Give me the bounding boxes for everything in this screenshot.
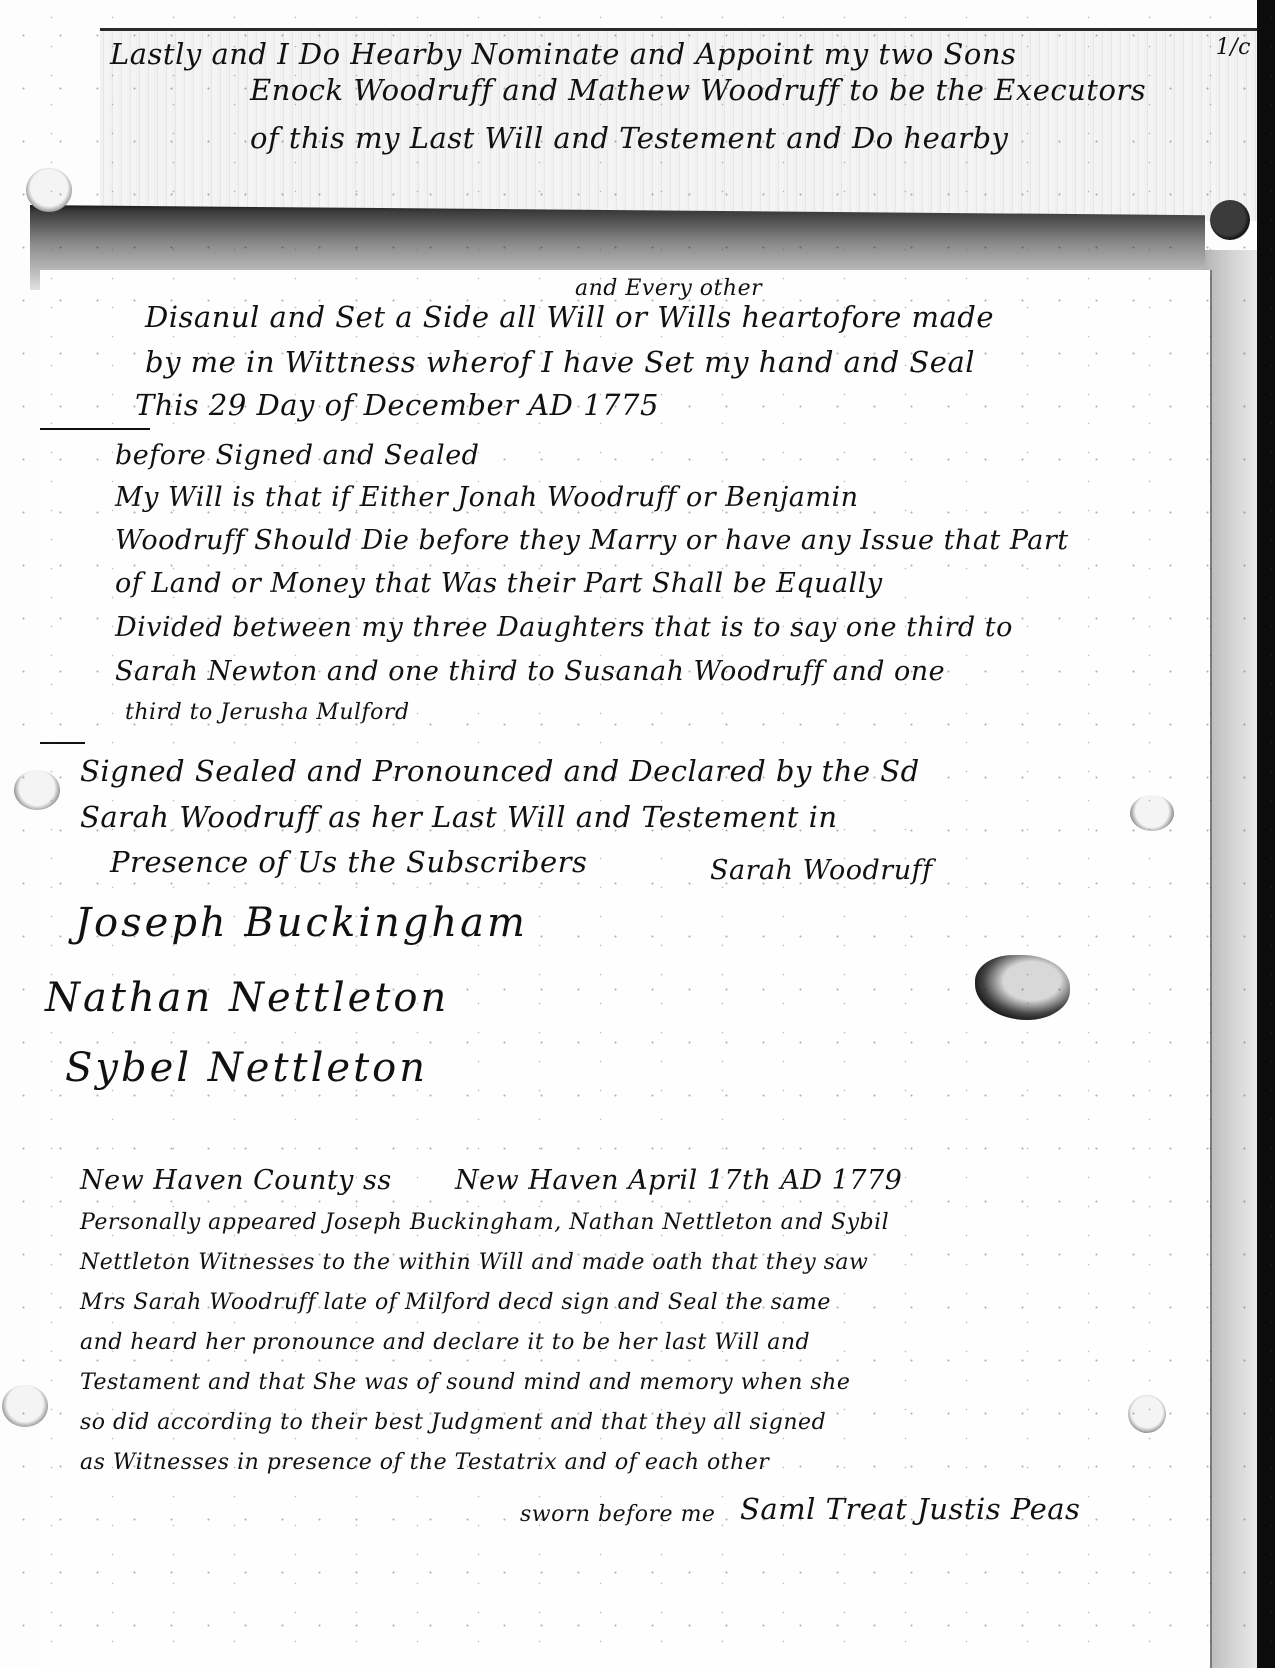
probate-county: New Haven County ss <box>80 1165 392 1196</box>
will-line-3: This 29 Day of December AD 1775 <box>135 388 659 422</box>
punch-hole-icon <box>1210 200 1250 240</box>
attestation-line-1: Signed Sealed and Pronounced and Declare… <box>80 754 920 788</box>
probate-line-3: Mrs Sarah Woodruff late of Milford decd … <box>80 1290 831 1315</box>
slip-line-2: Enock Woodruff and Mathew Woodruff to be… <box>250 73 1146 107</box>
justice-signature: Saml Treat Justis Peas <box>740 1492 1080 1526</box>
will-line-2: by me in Wittness wherof I have Set my h… <box>145 345 975 379</box>
divider-rule <box>40 428 150 430</box>
probate-line-7: as Witnesses in presence of the Testatri… <box>80 1450 769 1475</box>
probate-line-6: so did according to their best Judgment … <box>80 1410 826 1435</box>
witness-signature-3: Sybel Nettleton <box>65 1045 428 1091</box>
will-line-1: Disanul and Set a Side all Will or Wills… <box>145 300 994 334</box>
divider-rule <box>40 742 85 744</box>
probate-line-4: and heard her pronounce and declare it t… <box>80 1330 810 1355</box>
scanned-page: Lastly and I Do Hearby Nominate and Appo… <box>0 0 1275 1668</box>
attestation-line-3: Presence of Us the Subscribers <box>110 845 587 879</box>
codicil-line-2: Woodruff Should Die before they Marry or… <box>115 525 1069 556</box>
slip-line-1: Lastly and I Do Hearby Nominate and Appo… <box>110 37 1016 71</box>
page-marker: 1/c <box>1216 35 1251 60</box>
slip-line-3: of this my Last Will and Testement and D… <box>250 121 1008 155</box>
punch-hole-icon <box>1130 795 1174 831</box>
testator-signature: Sarah Woodruff <box>710 855 933 886</box>
punch-hole-icon <box>14 770 60 810</box>
sworn-before: sworn before me <box>520 1502 715 1527</box>
attestation-line-2: Sarah Woodruff as her Last Will and Test… <box>80 800 838 834</box>
punch-hole-icon <box>1128 1395 1166 1433</box>
codicil-line-4: Divided between my three Daughters that … <box>115 612 1013 643</box>
top-slip: Lastly and I Do Hearby Nominate and Appo… <box>100 28 1257 221</box>
probate-line-1: Personally appeared Joseph Buckingham, N… <box>80 1210 889 1235</box>
punch-hole-icon <box>2 1385 48 1427</box>
codicil-line-6: third to Jerusha Mulford <box>125 700 410 725</box>
witness-signature-2: Nathan Nettleton <box>45 975 449 1021</box>
codicil-line-3: of Land or Money that Was their Part Sha… <box>115 568 883 599</box>
codicil-line-1: My Will is that if Either Jonah Woodruff… <box>115 482 859 513</box>
punch-hole-icon <box>26 168 72 212</box>
codicil-line-5: Sarah Newton and one third to Susanah Wo… <box>115 656 945 687</box>
probate-line-5: Testament and that She was of sound mind… <box>80 1370 850 1395</box>
probate-place-date: New Haven April 17th AD 1779 <box>455 1165 902 1196</box>
codicil-heading: before Signed and Sealed <box>115 440 479 471</box>
binder-edge <box>1257 0 1275 1668</box>
witness-signature-1: Joseph Buckingham <box>75 900 528 946</box>
insertion-note: and Every other <box>575 276 762 301</box>
probate-line-2: Nettleton Witnesses to the within Will a… <box>80 1250 868 1275</box>
